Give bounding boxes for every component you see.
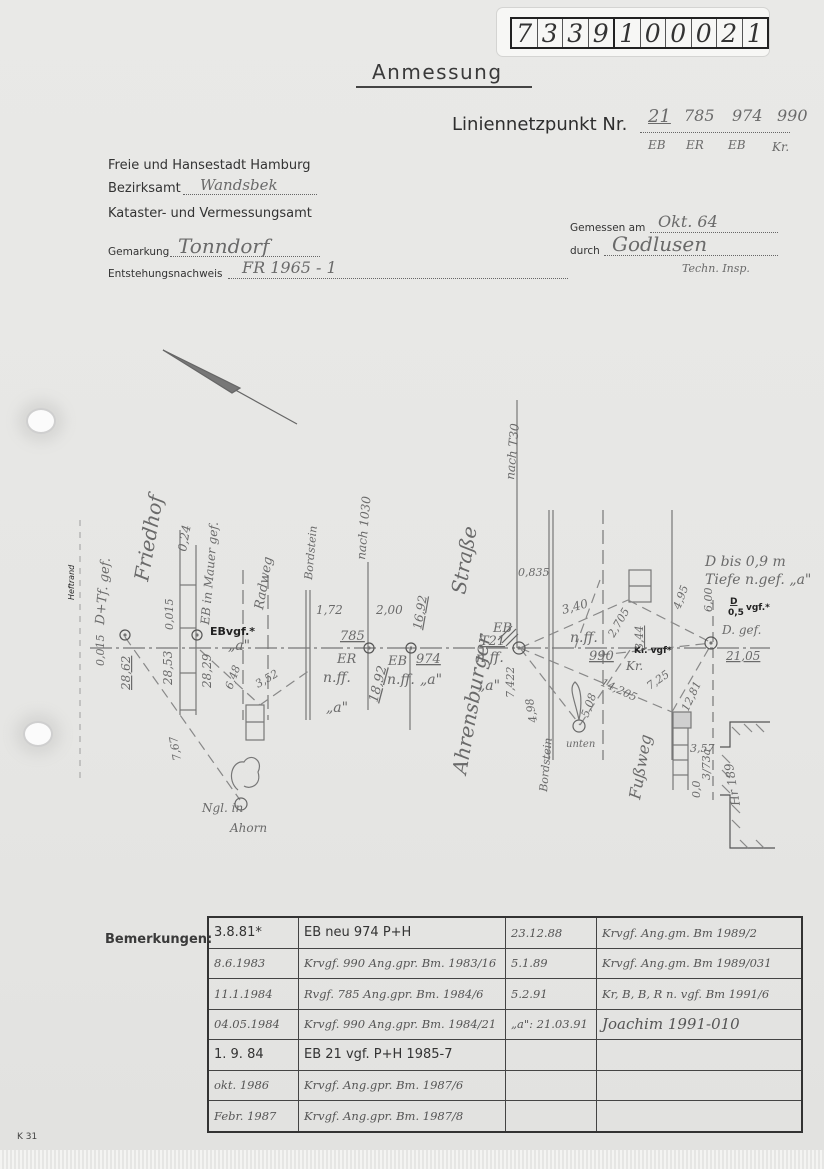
svg-text:3,40: 3,40 xyxy=(560,596,590,617)
svg-text:28,29: 28,29 xyxy=(200,653,214,689)
table-row: 04.05.1984 Krvgf. 990 Ang.gpr. Bm. 1984/… xyxy=(208,1009,802,1040)
svg-text:„a": „a" xyxy=(228,638,250,654)
svg-text:D. gef.: D. gef. xyxy=(721,623,761,637)
svg-text:2,705: 2,705 xyxy=(605,606,633,641)
remark-text: EB 21 vgf. P+H 1985-7 xyxy=(299,1040,506,1071)
svg-text:unten: unten xyxy=(566,739,595,750)
svg-text:n.ff.: n.ff. xyxy=(387,672,415,688)
remark-text: Krvgf. Ang.gm. Bm 1989/2 xyxy=(597,917,803,948)
svg-text:0,835: 0,835 xyxy=(518,566,550,579)
svg-text:Ahorn: Ahorn xyxy=(229,821,267,835)
svg-text:ER: ER xyxy=(336,652,356,667)
remark-date: 8.6.1983 xyxy=(208,948,299,979)
svg-text:2,00: 2,00 xyxy=(375,603,403,617)
remarks-label: Bemerkungen: xyxy=(105,932,212,947)
svg-text:n.ff.: n.ff. xyxy=(570,630,598,646)
svg-text:3/73a: 3/73a xyxy=(700,749,713,780)
svg-text:21,05: 21,05 xyxy=(725,649,760,663)
table-row: Febr. 1987 Krvgf. Ang.gpr. Bm. 1987/8 xyxy=(208,1101,802,1132)
remark-date: Febr. 1987 xyxy=(208,1101,299,1132)
scan-edge xyxy=(0,1150,824,1169)
remark-text: Krvgf. 990 Ang.gpr. Bm. 1983/16 xyxy=(299,948,506,979)
svg-text:0,0: 0,0 xyxy=(690,781,703,799)
table-row: 3.8.81* EB neu 974 P+H 23.12.88 Krvgf. A… xyxy=(208,917,802,948)
table-row: okt. 1986 Krvgf. Ang.gpr. Bm. 1987/6 xyxy=(208,1070,802,1101)
svg-text:Friedhof: Friedhof xyxy=(129,490,169,584)
remark-date: 5.2.91 xyxy=(506,979,597,1010)
svg-text:EB in Mauer gef.: EB in Mauer gef. xyxy=(198,521,221,626)
remark-text xyxy=(597,1040,803,1071)
svg-text:Ngl. in: Ngl. in xyxy=(201,801,243,815)
remark-text xyxy=(597,1101,803,1132)
form-code: K 31 xyxy=(17,1132,37,1142)
remark-text: Joachim 1991-010 xyxy=(597,1009,803,1040)
svg-text:1,72: 1,72 xyxy=(316,603,343,617)
svg-text:nach 1030: nach 1030 xyxy=(354,495,374,560)
remark-date: 11.1.1984 xyxy=(208,979,299,1010)
svg-text:EBvgf.*: EBvgf.* xyxy=(210,625,255,638)
remark-date: 5.1.89 xyxy=(506,948,597,979)
svg-text:3,44: 3,44 xyxy=(633,626,646,651)
remark-text: Kr, B, B, R n. vgf. Bm 1991/6 xyxy=(597,979,803,1010)
svg-text:28,62: 28,62 xyxy=(119,656,133,691)
remarks-table: 3.8.81* EB neu 974 P+H 23.12.88 Krvgf. A… xyxy=(207,916,803,1133)
svg-text:Hr 189: Hr 189 xyxy=(722,762,743,808)
svg-text:Straße: Straße xyxy=(446,524,482,596)
svg-text:5,08: 5,08 xyxy=(579,692,600,719)
table-row: 11.1.1984 Rvgf. 785 Ang.gpr. Bm. 1984/6 … xyxy=(208,979,802,1010)
table-row: 1. 9. 84 EB 21 vgf. P+H 1985-7 xyxy=(208,1040,802,1071)
svg-text:16,92: 16,92 xyxy=(410,594,430,630)
svg-text:7,25: 7,25 xyxy=(644,668,672,693)
remark-date xyxy=(506,1101,597,1132)
north-arrow-head xyxy=(163,350,240,393)
svg-text:n.ff.: n.ff. xyxy=(323,670,351,686)
svg-text:Kr.: Kr. xyxy=(625,659,643,673)
svg-text:„a": „a" xyxy=(420,672,442,688)
svg-text:0,24: 0,24 xyxy=(175,524,193,553)
survey-sketch: Heftrand Friedhof D+Tf. gef. EB in Mauer… xyxy=(0,0,824,900)
svg-text:vgf.*: vgf.* xyxy=(746,603,770,613)
remark-text: Rvgf. 785 Ang.gpr. Bm. 1984/6 xyxy=(299,979,506,1010)
svg-text:4,98: 4,98 xyxy=(523,697,540,724)
svg-text:EB: EB xyxy=(387,654,407,669)
svg-text:0,5: 0,5 xyxy=(728,608,744,618)
remark-date: „a": 21.03.91 xyxy=(506,1009,597,1040)
remark-date: okt. 1986 xyxy=(208,1070,299,1101)
svg-text:14,205: 14,205 xyxy=(599,676,639,704)
remark-date xyxy=(506,1040,597,1071)
remark-date: 23.12.88 xyxy=(506,917,597,948)
svg-text:0,015: 0,015 xyxy=(163,599,176,631)
svg-text:EB: EB xyxy=(492,621,512,636)
svg-text:n.ff.: n.ff. xyxy=(476,650,504,666)
svg-text:7,67: 7,67 xyxy=(167,735,184,761)
svg-text:Bordstein: Bordstein xyxy=(302,525,320,581)
svg-text:0,015: 0,015 xyxy=(94,635,107,667)
svg-text:nach T30: nach T30 xyxy=(503,422,522,480)
remark-text xyxy=(597,1070,803,1101)
svg-text:12,81: 12,81 xyxy=(679,679,704,713)
remark-text: Krvgf. Ang.gm. Bm 1989/031 xyxy=(597,948,803,979)
svg-text:990: 990 xyxy=(589,649,614,664)
remark-text: EB neu 974 P+H xyxy=(299,917,506,948)
svg-text:„a": „a" xyxy=(326,700,348,716)
remark-text: Krvgf. Ang.gpr. Bm. 1987/6 xyxy=(299,1070,506,1101)
svg-text:Bordstein: Bordstein xyxy=(537,737,555,793)
remark-text: Krvgf. 990 Ang.gpr. Bm. 1984/21 xyxy=(299,1009,506,1040)
svg-text:974: 974 xyxy=(416,652,441,667)
svg-text:3,52: 3,52 xyxy=(253,667,281,691)
remark-date xyxy=(506,1070,597,1101)
svg-text:D bis 0,9 m: D bis 0,9 m xyxy=(704,554,786,570)
svg-text:7,422: 7,422 xyxy=(504,667,517,699)
svg-text:Radweg: Radweg xyxy=(252,556,276,612)
svg-text:D: D xyxy=(730,597,737,607)
svg-text:4,95: 4,95 xyxy=(670,584,691,612)
svg-text:T21: T21 xyxy=(480,634,505,649)
svg-text:D+Tf. gef.: D+Tf. gef. xyxy=(93,557,114,626)
svg-text:6,00: 6,00 xyxy=(702,588,715,613)
remark-date: 1. 9. 84 xyxy=(208,1040,299,1071)
table-row: 8.6.1983 Krvgf. 990 Ang.gpr. Bm. 1983/16… xyxy=(208,948,802,979)
svg-text:Tiefe n.gef. „a": Tiefe n.gef. „a" xyxy=(705,572,811,588)
remark-text: Krvgf. Ang.gpr. Bm. 1987/8 xyxy=(299,1101,506,1132)
remark-date: 04.05.1984 xyxy=(208,1009,299,1040)
svg-text:Heftrand: Heftrand xyxy=(67,564,76,600)
remark-date: 3.8.81* xyxy=(208,917,299,948)
svg-text:785: 785 xyxy=(340,629,365,644)
svg-text:„a": „a" xyxy=(478,678,500,694)
svg-text:Fußweg: Fußweg xyxy=(625,733,655,802)
svg-text:28,53: 28,53 xyxy=(161,650,175,686)
